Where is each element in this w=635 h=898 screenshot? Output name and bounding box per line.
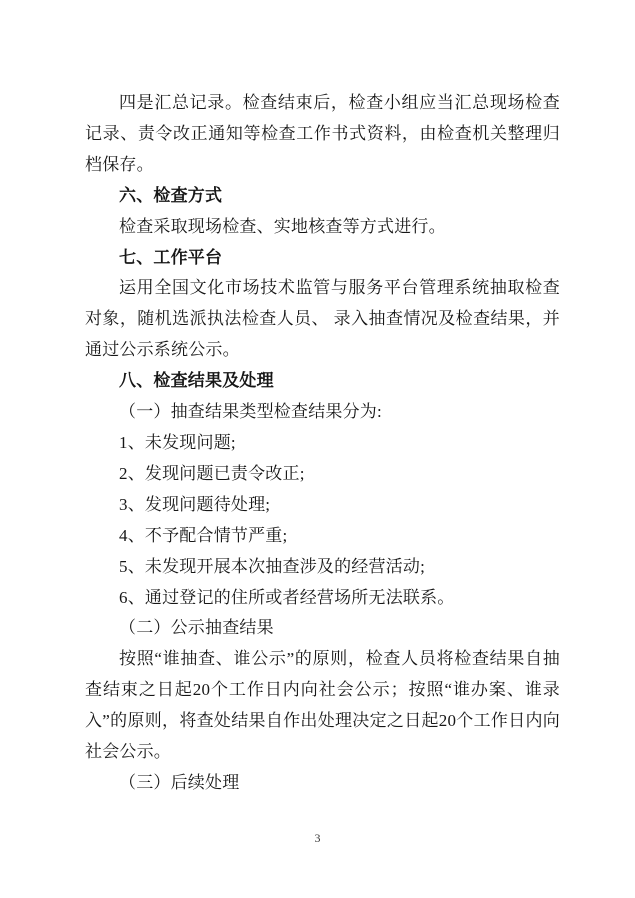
- heading-section-8-results: 八、检查结果及处理: [85, 366, 560, 397]
- heading-section-7-platform: 七、工作平台: [85, 243, 560, 274]
- paragraph-publicity-subheading: （二）公示抽查结果: [85, 613, 560, 644]
- paragraph-summary-records: 四是汇总记录。检查结束后，检查小组应当汇总现场检查记录、责令改正通知等检查工作书…: [85, 88, 560, 181]
- list-item-6: 6、通过登记的住所或者经营场所无法联系。: [85, 583, 560, 614]
- heading-section-6-method: 六、检查方式: [85, 181, 560, 212]
- paragraph-followup-subheading: （三）后续处理: [85, 768, 560, 799]
- paragraph-inspection-method: 检查采取现场检查、实地核查等方式进行。: [85, 212, 560, 243]
- list-item-1: 1、未发现问题;: [85, 428, 560, 459]
- paragraph-publicity-rules: 按照“谁抽查、谁公示”的原则，检查人员将检查结果自抽查结束之日起20个工作日内向…: [85, 644, 560, 768]
- paragraph-result-types: （一）抽查结果类型检查结果分为:: [85, 397, 560, 428]
- paragraph-work-platform: 运用全国文化市场技术监管与服务平台管理系统抽取检查对象，随机选派执法检查人员、 …: [85, 273, 560, 366]
- list-item-2: 2、发现问题已责令改正;: [85, 459, 560, 490]
- page-number: 3: [0, 830, 635, 846]
- list-item-3: 3、发现问题待处理;: [85, 490, 560, 521]
- document-body: 四是汇总记录。检查结束后，检查小组应当汇总现场检查记录、责令改正通知等检查工作书…: [85, 88, 560, 799]
- list-item-4: 4、不予配合情节严重;: [85, 521, 560, 552]
- list-item-5: 5、未发现开展本次抽查涉及的经营活动;: [85, 552, 560, 583]
- document-page: 四是汇总记录。检查结束后，检查小组应当汇总现场检查记录、责令改正通知等检查工作书…: [0, 0, 635, 898]
